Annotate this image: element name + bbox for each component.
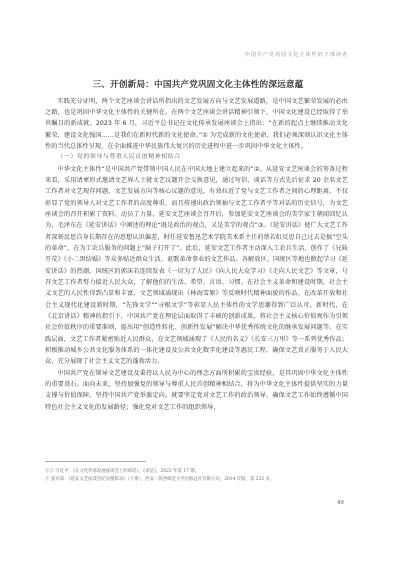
subheading: （一）党的领导与尊重人民首创精神相结合 (45, 152, 348, 163)
body-text: 实践充分证明，两个文艺座谈会讲话所指出的文艺发展方向与文艺发展道路，是中国文艺繁… (45, 96, 348, 414)
section-title: 三、开创新局：中国共产党巩固文化主体性的深远意蕴 (0, 78, 396, 90)
page-number: 49 (337, 500, 344, 506)
paragraph: 实践充分证明，两个文艺座谈会讲话所指出的文艺发展方向与文艺发展道路，是中国文艺繁… (45, 96, 348, 153)
paragraph: 中华文化主体性“是中国共产党带领中国人民在中国大地上建立起来的”②。从延安文艺座… (45, 164, 348, 368)
footnote: ③ 张军锋：《延安文艺座谈会纪实摄影录》（下册），西安：陕西师范大学出版总社有限… (45, 476, 345, 484)
paragraph: 中国共产党在领导文艺建设及秉持以人民为中心的理念方面所积累的宝贵经验，是其巩固中… (45, 368, 348, 413)
running-head: 中国共产党巩固文化主体性的干部读者 (245, 51, 349, 58)
footnote: ①② 习近平：《在文化传承发展座谈会上的讲话》，《求是》，2023 年第 17 … (45, 468, 345, 476)
footnotes: ①② 习近平：《在文化传承发展座谈会上的讲话》，《求是》，2023 年第 17 … (45, 468, 345, 483)
footnote-divider (45, 461, 146, 462)
